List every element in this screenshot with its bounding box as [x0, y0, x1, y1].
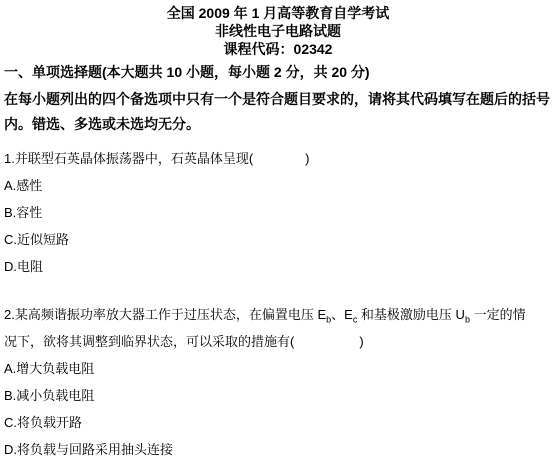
- question-text-segment: 1.并联型石英晶体振荡器中，石英晶体呈现( ): [4, 151, 310, 166]
- answer-option: C.近似短路: [4, 226, 552, 253]
- answer-option: D.电阻: [4, 253, 552, 280]
- question-text-segment: 一定的情: [470, 307, 526, 322]
- section-heading: 一、单项选择题(本大题共 10 小题，每小题 2 分，共 20 分): [4, 64, 552, 81]
- course-code: 课程代码：02342: [0, 40, 556, 58]
- answer-option: C.将负载开路: [4, 409, 552, 436]
- question-text-segment: 况下，欲将其调整到临界状态，可以采取的措施有( ): [4, 334, 364, 349]
- exam-document-page: 全国 2009 年 1 月高等教育自学考试 非线性电子电路试题 课程代码：023…: [0, 0, 556, 457]
- exam-subject-title: 非线性电子电路试题: [0, 22, 556, 40]
- exam-title: 全国 2009 年 1 月高等教育自学考试: [0, 4, 556, 22]
- question-1: 1.并联型石英晶体振荡器中，石英晶体呈现( )A.感性B.容性C.近似短路D.电…: [4, 145, 552, 280]
- document-header: 全国 2009 年 1 月高等教育自学考试 非线性电子电路试题 课程代码：023…: [0, 4, 556, 58]
- question-text-line: 2.某高频谐振功率放大器工作于过压状态，在偏置电压 Eb、Ec 和基极激励电压 …: [4, 301, 552, 328]
- question-list: 1.并联型石英晶体振荡器中，石英晶体呈现( )A.感性B.容性C.近似短路D.电…: [4, 145, 552, 457]
- answer-option: B.减小负载电阻: [4, 382, 552, 409]
- question-text-segment: 2.某高频谐振功率放大器工作于过压状态，在偏置电压 E: [4, 307, 326, 322]
- question-text-segment: 和基极激励电压 U: [357, 307, 465, 322]
- question-2: 2.某高频谐振功率放大器工作于过压状态，在偏置电压 Eb、Ec 和基极激励电压 …: [4, 301, 552, 457]
- answer-option: A.增大负载电阻: [4, 355, 552, 382]
- instruction-line: 内。错选、多选或未选均无分。: [4, 112, 552, 137]
- question-text-line: 1.并联型石英晶体振荡器中，石英晶体呈现( ): [4, 145, 552, 172]
- question-text-line: 况下，欲将其调整到临界状态，可以采取的措施有( ): [4, 328, 552, 355]
- instruction-line: 在每小题列出的四个备选项中只有一个是符合题目要求的，请将其代码填写在题后的括号: [4, 87, 552, 112]
- question-text-segment: 、E: [331, 307, 353, 322]
- answer-option: A.感性: [4, 172, 552, 199]
- answer-option: B.容性: [4, 199, 552, 226]
- answer-option: D.将负载与回路采用抽头连接: [4, 436, 552, 457]
- section-instructions: 在每小题列出的四个备选项中只有一个是符合题目要求的，请将其代码填写在题后的括号内…: [4, 87, 552, 137]
